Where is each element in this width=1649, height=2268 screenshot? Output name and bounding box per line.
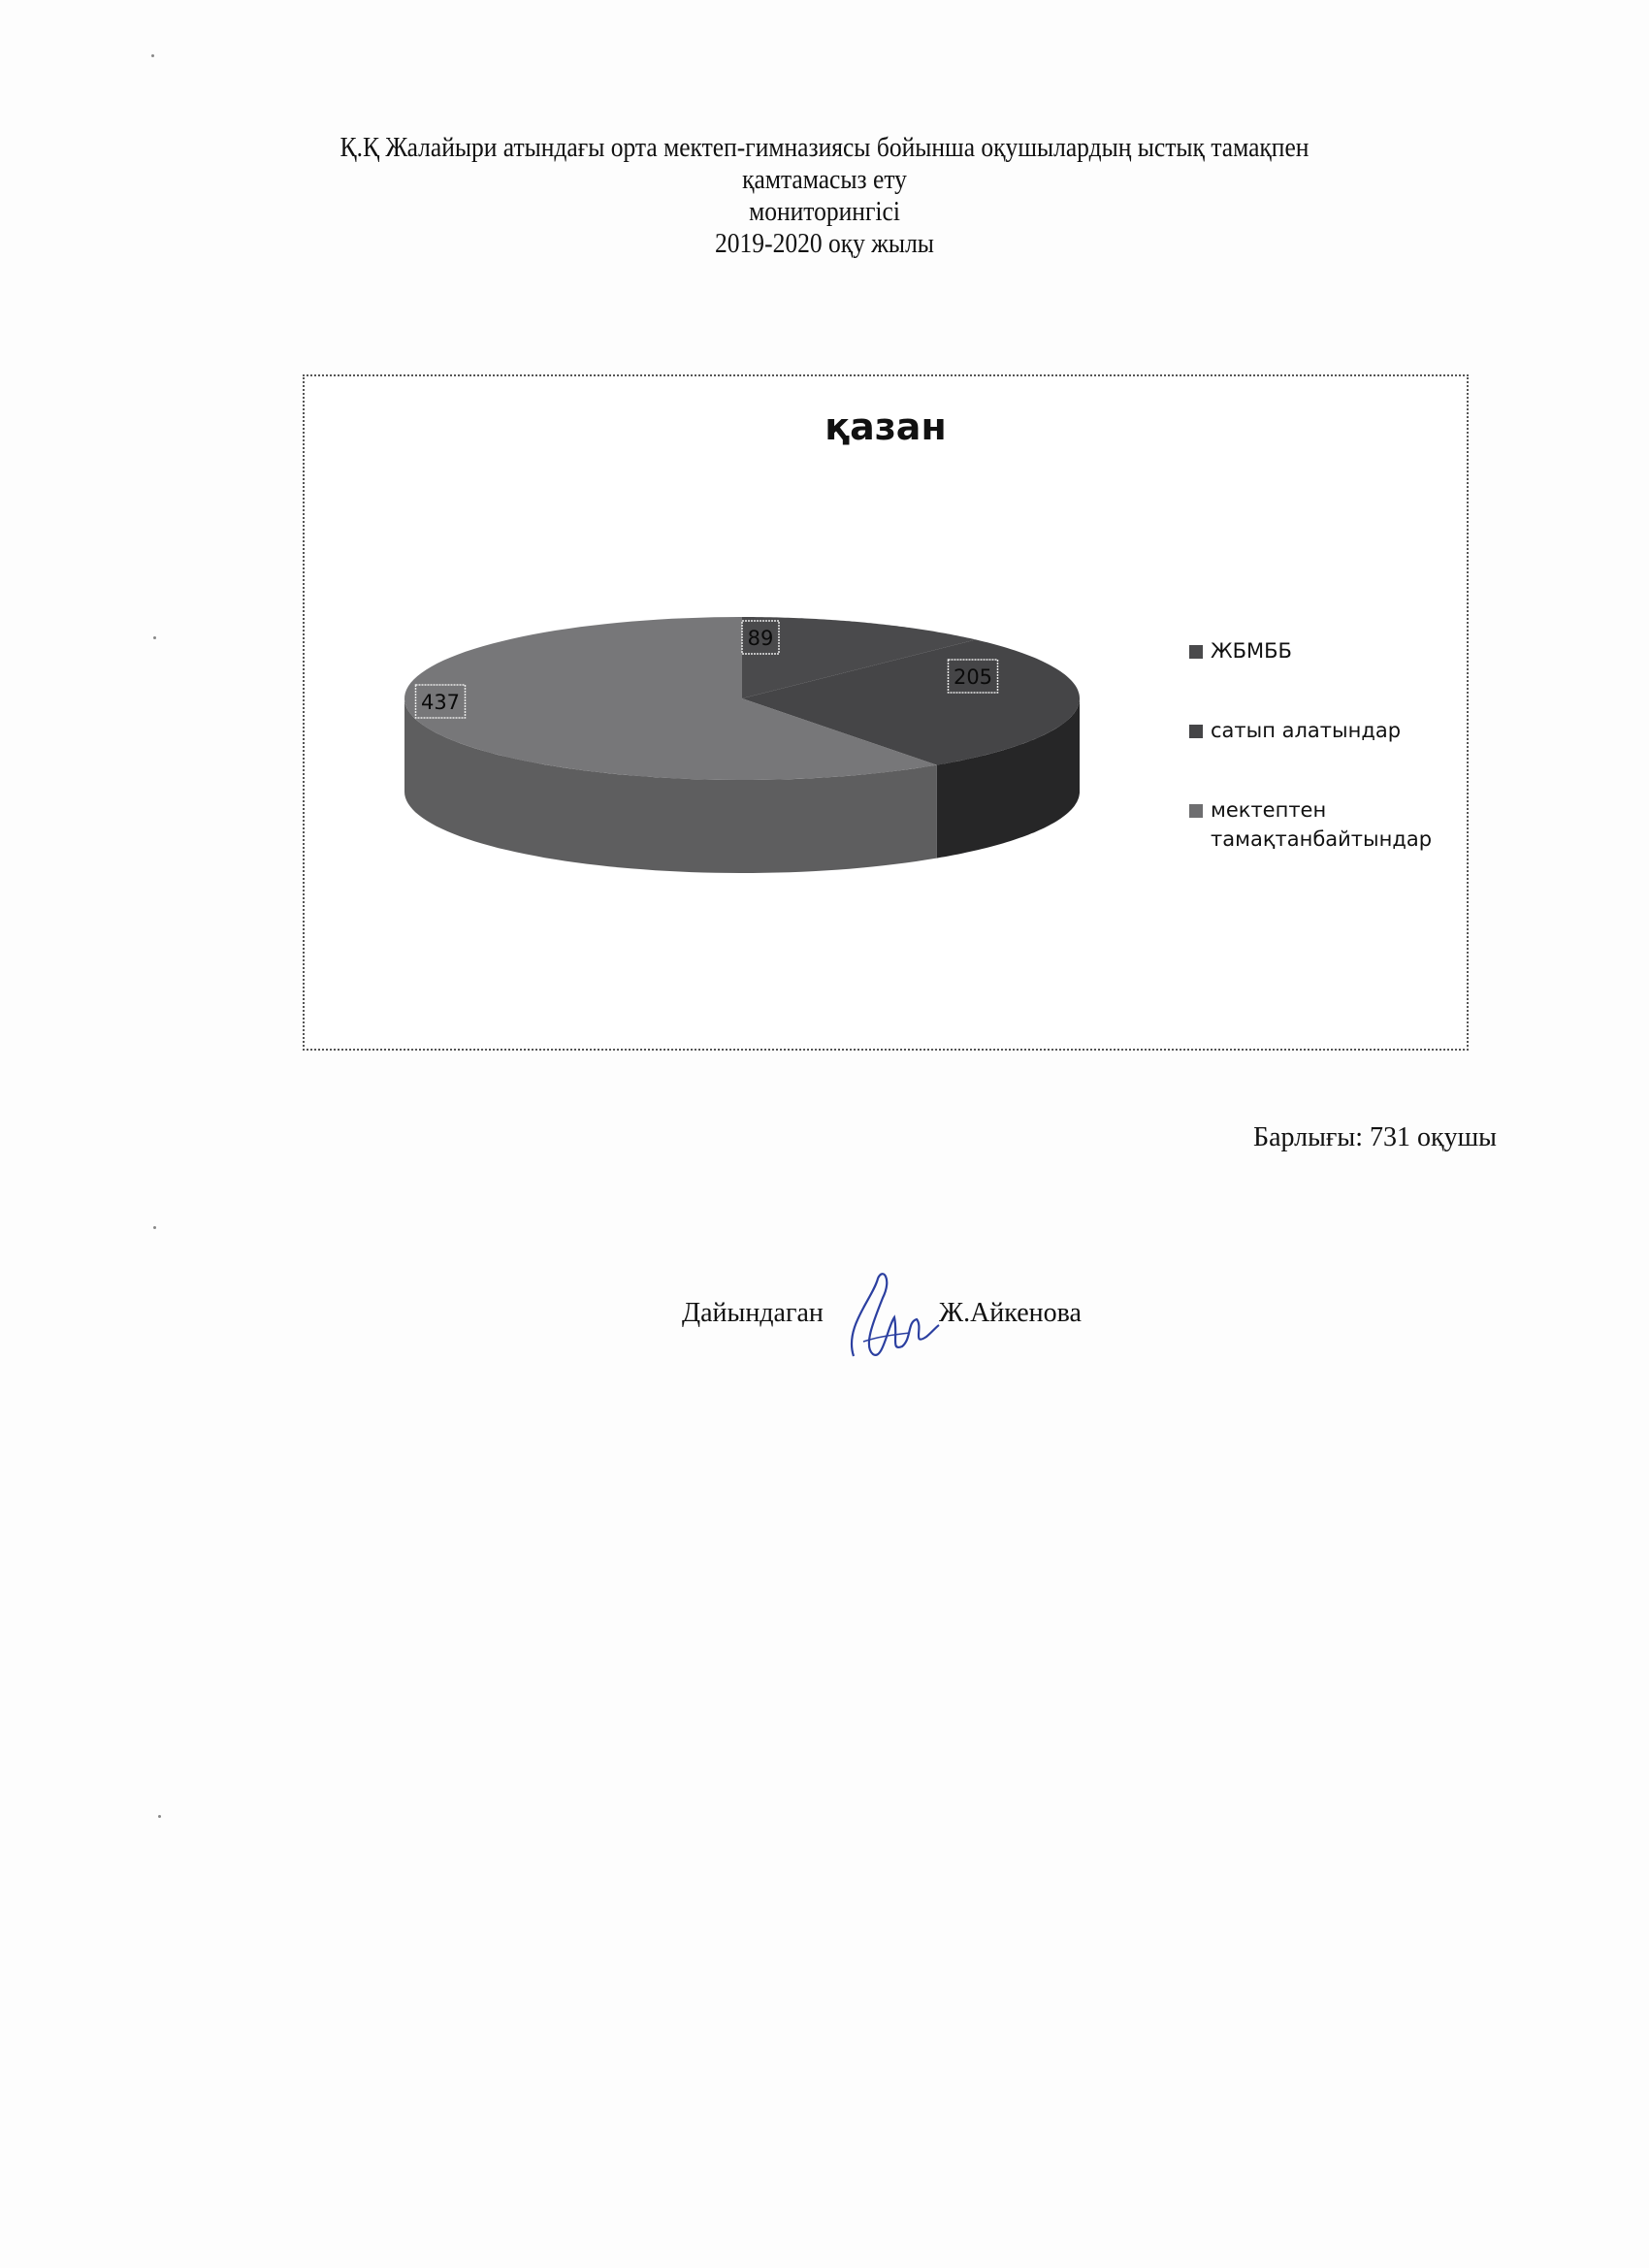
total-students: Барлығы: 731 оқушы	[1253, 1122, 1497, 1153]
legend-swatch-icon	[1189, 725, 1203, 738]
signature-icon	[834, 1269, 941, 1366]
heading-line-4: 2019-2020 оқу жылы	[99, 228, 1550, 260]
scan-dot	[158, 1815, 161, 1818]
legend-item: ЖБМББ	[1189, 636, 1463, 716]
legend-label: ЖБМББ	[1211, 639, 1292, 663]
data-label: 89	[742, 621, 779, 654]
document-heading: Қ.Қ Жалайыри атындағы орта мектеп-гимназ…	[99, 132, 1550, 260]
legend-label: мектептен тамақтанбайтындар	[1211, 798, 1432, 851]
scan-dot	[153, 636, 156, 639]
chart-legend: ЖБМББ сатып алатындар мектептен тамақтан…	[1189, 636, 1463, 875]
chart-title: қазан	[305, 405, 1467, 448]
heading-line-3: мониторингісі	[99, 196, 1550, 228]
prepared-by-name: Ж.Айкенова	[939, 1298, 1082, 1329]
chart-frame: 89205437 қазан ЖБМББ сатып алатындар мек…	[303, 374, 1469, 1051]
data-label: 205	[949, 660, 998, 693]
prepared-by-label: Дайындаган	[682, 1298, 824, 1329]
legend-label: сатып алатындар	[1211, 719, 1401, 742]
scan-dot	[151, 54, 154, 57]
legend-swatch-icon	[1189, 804, 1203, 818]
data-label: 437	[416, 685, 466, 718]
heading-line-2: қамтамасыз ету	[99, 164, 1550, 196]
svg-text:89: 89	[748, 627, 774, 650]
legend-item: мектептен тамақтанбайтындар	[1189, 795, 1463, 875]
scan-dot	[153, 1226, 156, 1229]
svg-text:205: 205	[954, 665, 992, 689]
heading-line-1: Қ.Қ Жалайыри атындағы орта мектеп-гимназ…	[99, 132, 1550, 164]
svg-text:437: 437	[421, 691, 460, 714]
legend-swatch-icon	[1189, 645, 1203, 659]
legend-item: сатып алатындар	[1189, 716, 1463, 795]
